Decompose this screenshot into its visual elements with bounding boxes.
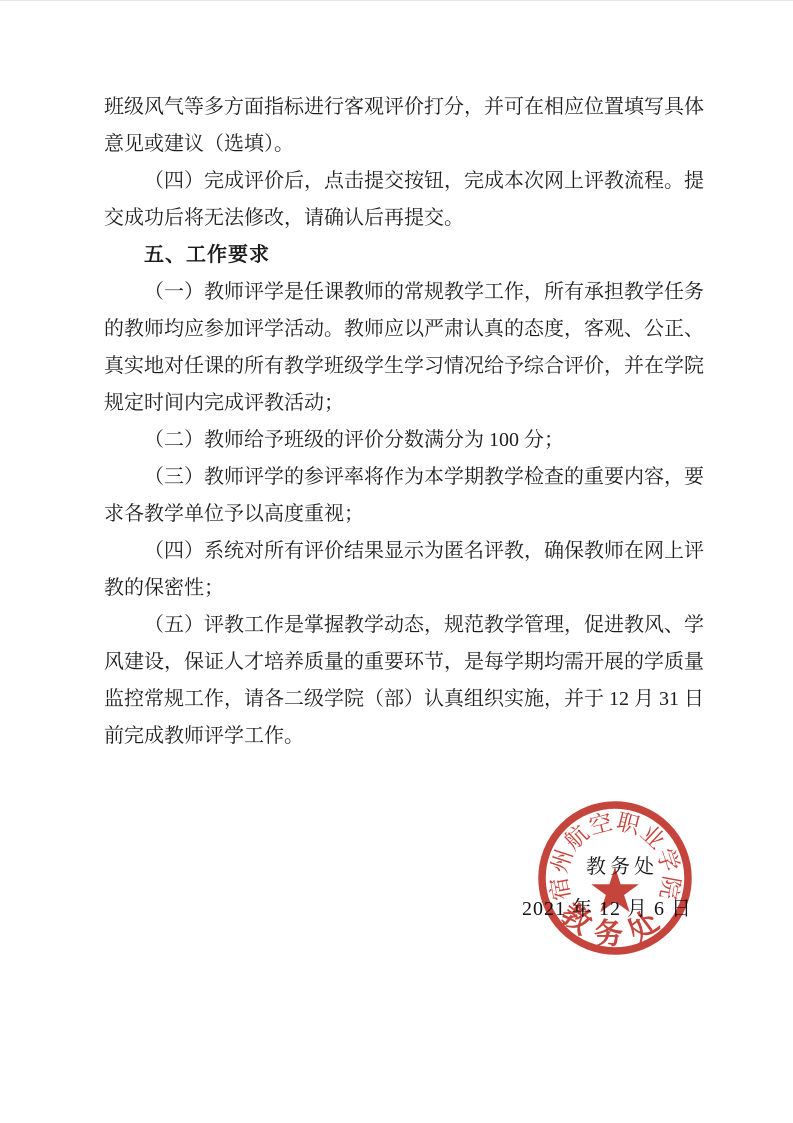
paragraph: （四）系统对所有评价结果显示为匿名评教，确保教师在网上评教的保密性； bbox=[104, 533, 704, 607]
document-body: 班级风气等多方面指标进行客观评价打分，并可在相应位置填写具体意见或建议（选填）。… bbox=[104, 89, 704, 755]
seal-star-icon bbox=[591, 867, 639, 912]
document-page: 班级风气等多方面指标进行客观评价打分，并可在相应位置填写具体意见或建议（选填）。… bbox=[0, 0, 793, 1123]
paragraph: （五）评教工作是掌握教学动态，规范教学管理，促进教风、学风建设，保证人才培养质量… bbox=[104, 607, 704, 755]
paragraph: （一）教师评学是任课教师的常规教学工作，所有承担教学任务的教师均应参加评学活动。… bbox=[104, 274, 704, 422]
paragraph: （三）教师评学的参评率将作为本学期教学检查的重要内容，要求各教学单位予以高度重视… bbox=[104, 459, 704, 533]
paragraph: （二）教师给予班级的评价分数满分为 100 分； bbox=[104, 422, 704, 459]
official-seal: 宿州航空职业学院 教务处 bbox=[505, 768, 725, 988]
paragraph: （四）完成评价后，点击提交按钮，完成本次网上评教流程。提交成功后将无法修改，请确… bbox=[104, 163, 704, 237]
section-heading: 五、工作要求 bbox=[104, 237, 704, 274]
seal-bottom-text: 教务处 bbox=[555, 897, 676, 951]
svg-text:教务处: 教务处 bbox=[555, 897, 676, 951]
paragraph: 班级风气等多方面指标进行客观评价打分，并可在相应位置填写具体意见或建议（选填）。 bbox=[104, 89, 704, 163]
